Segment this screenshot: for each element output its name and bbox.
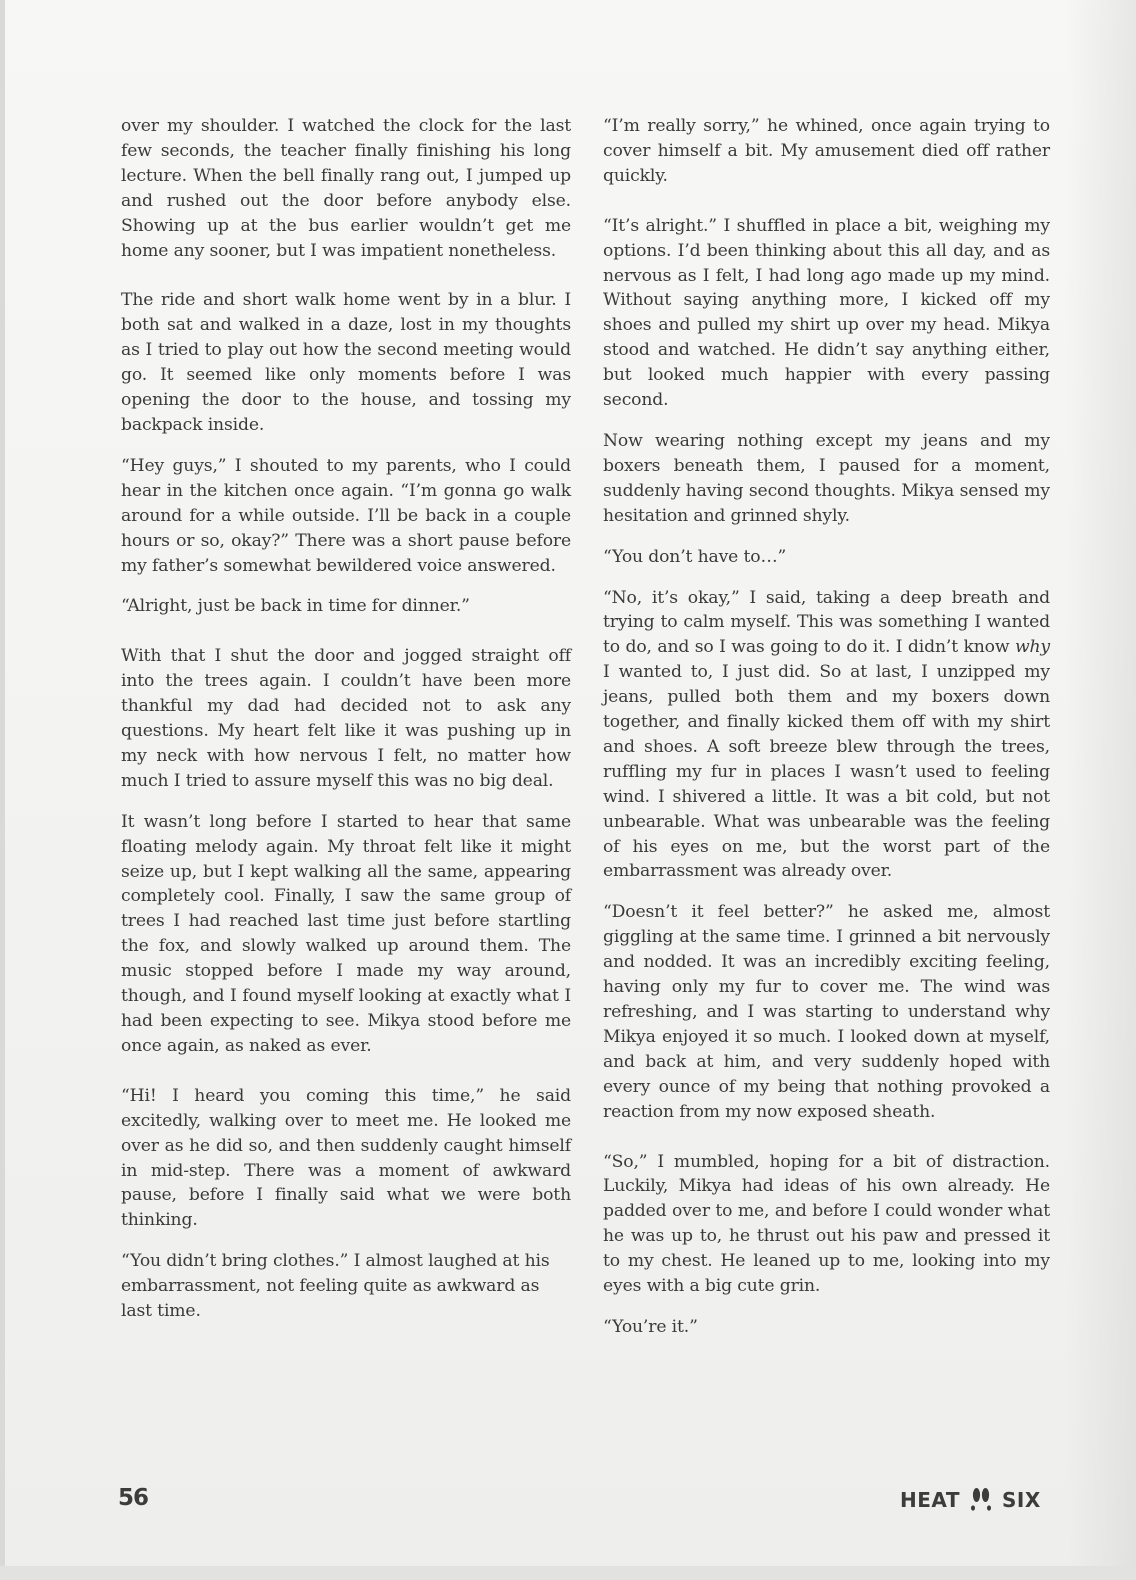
- right-text-column: “I’m really sorry,” he whined, once agai…: [603, 114, 1050, 1340]
- paragraph: “Alright, just be back in time for dinne…: [121, 594, 571, 619]
- emphasis-text: why: [1015, 637, 1050, 657]
- paragraph: Now wearing nothing except my jeans and …: [603, 429, 1050, 529]
- page-left-edge: [0, 0, 5, 1580]
- paragraph: With that I shut the door and jogged str…: [121, 644, 571, 793]
- page-right-shadow: [1066, 0, 1136, 1580]
- brand-word-right: SIX: [1002, 1488, 1041, 1512]
- text-run: I wanted to, I just did. So at last, I u…: [603, 662, 1050, 881]
- paragraph: “It’s alright.” I shuffled in place a bi…: [603, 214, 1050, 413]
- magazine-page: over my shoulder. I watched the clock fo…: [0, 0, 1136, 1580]
- magazine-brand: HEAT SIX: [900, 1487, 1041, 1513]
- paragraph: “You’re it.”: [603, 1315, 1050, 1340]
- paragraph: “So,” I mumbled, hoping for a bit of dis…: [603, 1150, 1050, 1299]
- page-bottom-edge: [0, 1566, 1136, 1580]
- paragraph: “Doesn’t it feel better?” he asked me, a…: [603, 900, 1050, 1124]
- paragraph: The ride and short walk home went by in …: [121, 288, 571, 437]
- paw-print-icon: [970, 1487, 992, 1513]
- text-run: “No, it’s okay,” I said, taking a deep b…: [603, 588, 1050, 658]
- paragraph-with-emphasis: “No, it’s okay,” I said, taking a deep b…: [603, 586, 1050, 885]
- paragraph: “Hey guys,” I shouted to my parents, who…: [121, 454, 571, 579]
- paragraph: It wasn’t long before I started to hear …: [121, 810, 571, 1059]
- paragraph: “I’m really sorry,” he whined, once agai…: [603, 114, 1050, 189]
- page-number: 56: [118, 1485, 148, 1511]
- paragraph: over my shoulder. I watched the clock fo…: [121, 114, 571, 263]
- left-text-column: over my shoulder. I watched the clock fo…: [121, 114, 571, 1324]
- paragraph: “Hi! I heard you coming this time,” he s…: [121, 1084, 571, 1233]
- paragraph: “You didn’t bring clothes.” I almost lau…: [121, 1249, 571, 1324]
- paragraph: “You don’t have to…”: [603, 545, 1050, 570]
- brand-word-left: HEAT: [900, 1488, 960, 1512]
